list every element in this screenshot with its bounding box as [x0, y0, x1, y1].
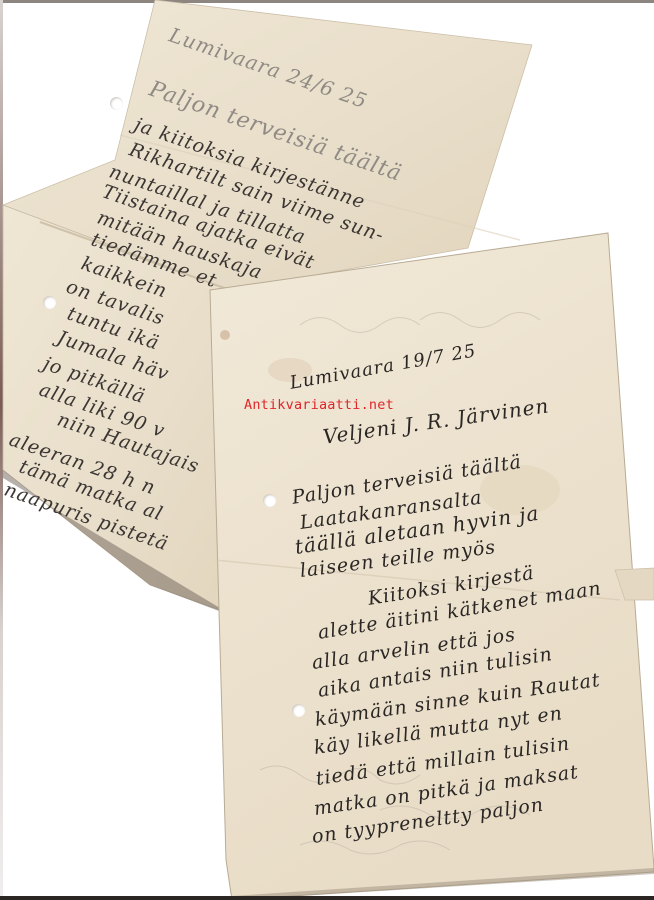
front-letter: Lumivaara 19/7 25 Veljeni J. R. Järvinen… — [0, 0, 654, 900]
punch-hole — [263, 494, 276, 507]
punch-hole — [292, 704, 305, 717]
watermark: Antikvariaatti.net — [244, 397, 394, 413]
scan-border-bottom — [0, 896, 654, 900]
